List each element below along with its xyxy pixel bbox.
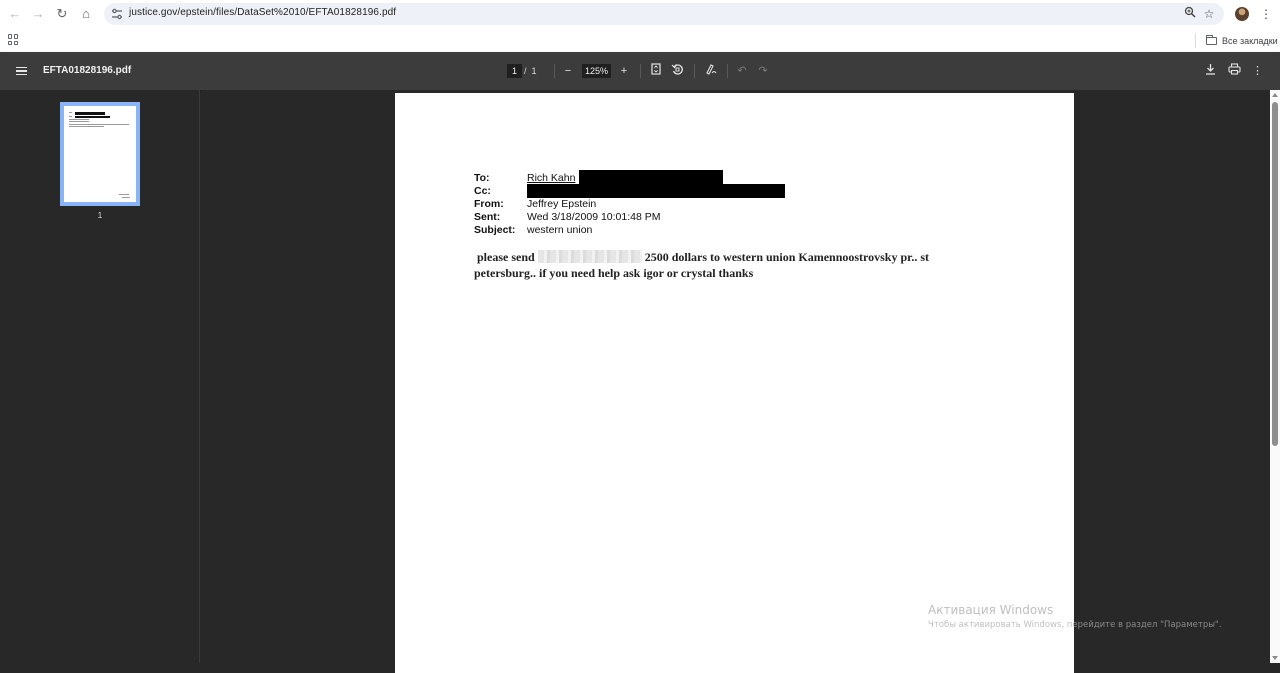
undo-icon[interactable]: ↶	[735, 63, 749, 79]
rotate-icon[interactable]	[670, 63, 684, 79]
redo-icon[interactable]: ↷	[756, 63, 770, 79]
reload-icon[interactable]: ↻	[53, 5, 71, 23]
thumbnail-page-number: 1	[0, 211, 200, 220]
zoom-in-button[interactable]: +	[617, 63, 631, 79]
toolbar-divider	[640, 64, 641, 78]
arrow-right-icon[interactable]: →	[29, 5, 47, 23]
url-text[interactable]: justice.gov/epstein/files/DataSet%2010/E…	[129, 7, 396, 18]
toolbar-divider	[554, 64, 555, 78]
kebab-icon[interactable]: ⋮	[1260, 6, 1270, 22]
pdf-toolbar: EFTA01828196.pdf 1 / 1 − 125% + ↶ ↷ ⋮	[0, 52, 1280, 90]
body-part-1: please send	[477, 250, 535, 264]
cc-label: Cc:	[474, 185, 526, 197]
page-count: / 1	[524, 64, 537, 78]
apps-grid-icon[interactable]	[8, 34, 19, 45]
sent-value: Wed 3/18/2009 10:01:48 PM	[527, 211, 661, 223]
bookmarks-divider	[1195, 33, 1196, 48]
scroll-down-arrow-icon[interactable]	[1272, 656, 1278, 660]
url-omnibox[interactable]: justice.gov/epstein/files/DataSet%2010/E…	[104, 3, 1224, 25]
to-label: To:	[474, 172, 526, 184]
thumbnail-sidebar: 1	[0, 90, 200, 663]
subject-label: Subject:	[474, 224, 526, 236]
annotate-icon[interactable]	[704, 63, 718, 79]
redaction-box	[527, 184, 785, 198]
zoom-out-button[interactable]: −	[561, 63, 575, 79]
bookmarks-bar: Все закладки	[0, 29, 1280, 52]
download-icon[interactable]	[1203, 63, 1217, 79]
fit-page-icon[interactable]	[649, 63, 663, 79]
star-icon[interactable]: ☆	[1201, 6, 1217, 22]
from-value: Jeffrey Epstein	[527, 198, 596, 210]
home-icon[interactable]: ⌂	[77, 5, 95, 23]
to-value: Rich Kahn	[527, 172, 575, 184]
pdf-viewer: To: Rich Kahn Cc: From: Jeffrey Epstein …	[201, 90, 1270, 663]
pdf-file-name: EFTA01828196.pdf	[43, 65, 131, 76]
vertical-scrollbar[interactable]	[1270, 90, 1280, 663]
email-body: please send 2500 dollars to western unio…	[474, 249, 994, 281]
browser-address-bar: ← → ↻ ⌂ justice.gov/epstein/files/DataSe…	[0, 0, 1280, 29]
scroll-up-arrow-icon[interactable]	[1272, 93, 1278, 97]
menu-icon[interactable]	[16, 67, 27, 75]
from-label: From:	[474, 198, 526, 210]
arrow-left-icon[interactable]: ←	[6, 5, 24, 23]
subject-value: western union	[527, 224, 592, 236]
tune-icon[interactable]	[110, 7, 124, 21]
page-thumbnail[interactable]	[60, 102, 140, 206]
pdf-page: To: Rich Kahn Cc: From: Jeffrey Epstein …	[395, 93, 1074, 663]
more-icon[interactable]: ⋮	[1252, 63, 1262, 79]
redacted-blur	[538, 250, 642, 263]
avatar[interactable]	[1235, 7, 1249, 21]
folder-icon	[1206, 37, 1217, 45]
zoom-icon[interactable]	[1182, 6, 1198, 22]
zoom-level-input[interactable]: 125%	[582, 64, 611, 78]
toolbar-divider	[727, 64, 728, 78]
sent-label: Sent:	[474, 211, 526, 223]
print-icon[interactable]	[1227, 63, 1241, 79]
all-bookmarks-label: Все закладки	[1222, 36, 1278, 46]
all-bookmarks-button[interactable]: Все закладки	[1206, 33, 1278, 48]
scrollbar-thumb[interactable]	[1272, 102, 1278, 446]
redaction-box	[579, 170, 723, 184]
page-number-input[interactable]: 1	[507, 64, 522, 78]
toolbar-divider	[694, 64, 695, 78]
